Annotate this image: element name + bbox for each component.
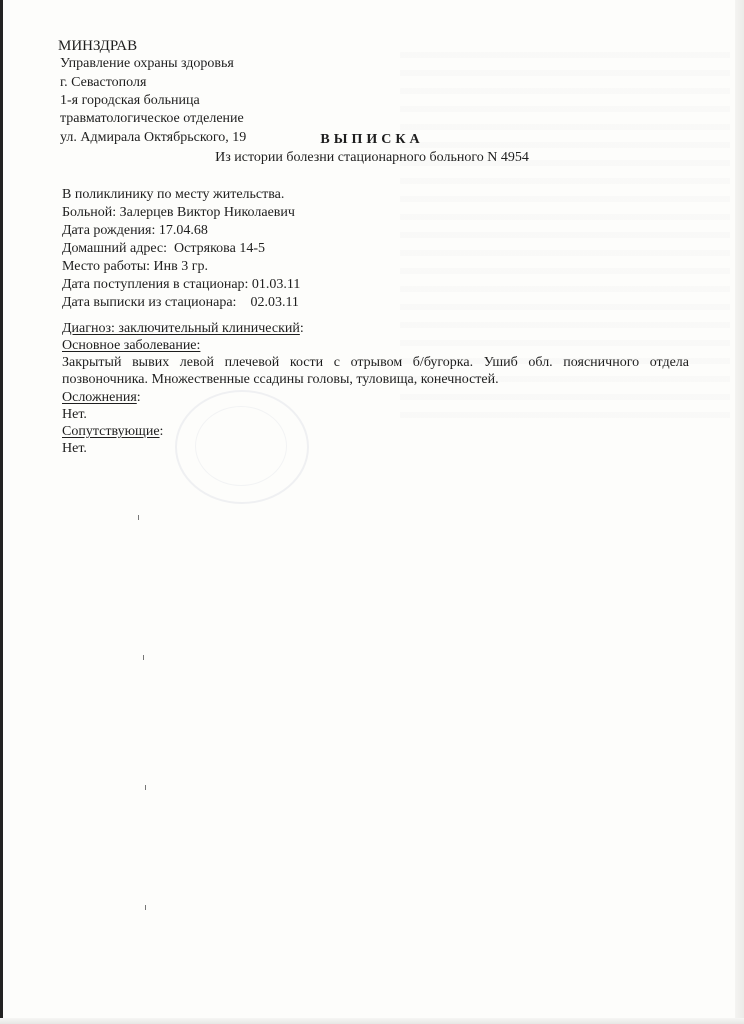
concomitant-label: Сопутствующие	[62, 424, 160, 439]
discharge-label: Дата выписки из стационара:	[62, 295, 236, 310]
birth-date-row: Дата рождения: 17.04.68	[62, 222, 208, 240]
patient-name-row: Больной: Залерцев Виктор Николаевич	[62, 204, 295, 222]
admission-date: 01.03.11	[252, 277, 300, 292]
scan-mark	[145, 905, 146, 910]
diagnosis-heading: Диагноз: заключительный клинический	[62, 321, 300, 336]
scan-mark	[138, 515, 139, 520]
concomitant-row: Сопутствующие:	[62, 423, 163, 441]
document-title: ВЫПИСКА	[0, 132, 744, 148]
admission-label: Дата поступления в стационар:	[62, 277, 248, 292]
org-hospital: 1-я городская больница	[60, 92, 200, 110]
scan-bottom-shadow	[0, 1018, 744, 1024]
destination: В поликлинику по месту жительства.	[62, 186, 284, 204]
complications-label: Осложнения	[62, 390, 137, 405]
scan-mark	[145, 785, 146, 790]
main-disease-text: Закрытый вывих левой плечевой кости с от…	[62, 354, 689, 388]
diagnosis-heading-row: Диагноз: заключительный клинический:	[62, 320, 304, 338]
work: Инв 3 гр.	[154, 259, 208, 274]
discharge-row: Дата выписки из стационара: 02.03.11	[62, 294, 299, 312]
admission-row: Дата поступления в стационар: 01.03.11	[62, 276, 300, 294]
complications-value: Нет.	[62, 406, 87, 424]
work-label: Место работы:	[62, 259, 150, 274]
birth-date: 17.04.68	[159, 223, 208, 238]
scan-mark	[143, 655, 144, 660]
patient-name-label: Больной:	[62, 205, 116, 220]
org-ministry: МИНЗДРАВ	[58, 37, 137, 55]
document-subtitle: Из истории болезни стационарного больног…	[0, 150, 744, 166]
birth-date-label: Дата рождения:	[62, 223, 155, 238]
main-disease-row: Основное заболевание:	[62, 337, 200, 355]
faded-stamp	[175, 390, 309, 504]
address: Острякова 14-5	[174, 241, 265, 256]
complications-row: Осложнения:	[62, 389, 141, 407]
org-city: г. Севастополя	[60, 74, 146, 92]
org-department: Управление охраны здоровья	[60, 55, 234, 73]
address-label: Домашний адрес:	[62, 241, 167, 256]
address-row: Домашний адрес: Острякова 14-5	[62, 240, 265, 258]
discharge-date: 02.03.11	[250, 295, 298, 310]
work-row: Место работы: Инв 3 гр.	[62, 258, 208, 276]
org-ward: травматологическое отделение	[60, 110, 244, 128]
main-disease-label: Основное заболевание:	[62, 338, 200, 353]
patient-name: Залерцев Виктор Николаевич	[120, 205, 295, 220]
concomitant-value: Нет.	[62, 440, 87, 458]
